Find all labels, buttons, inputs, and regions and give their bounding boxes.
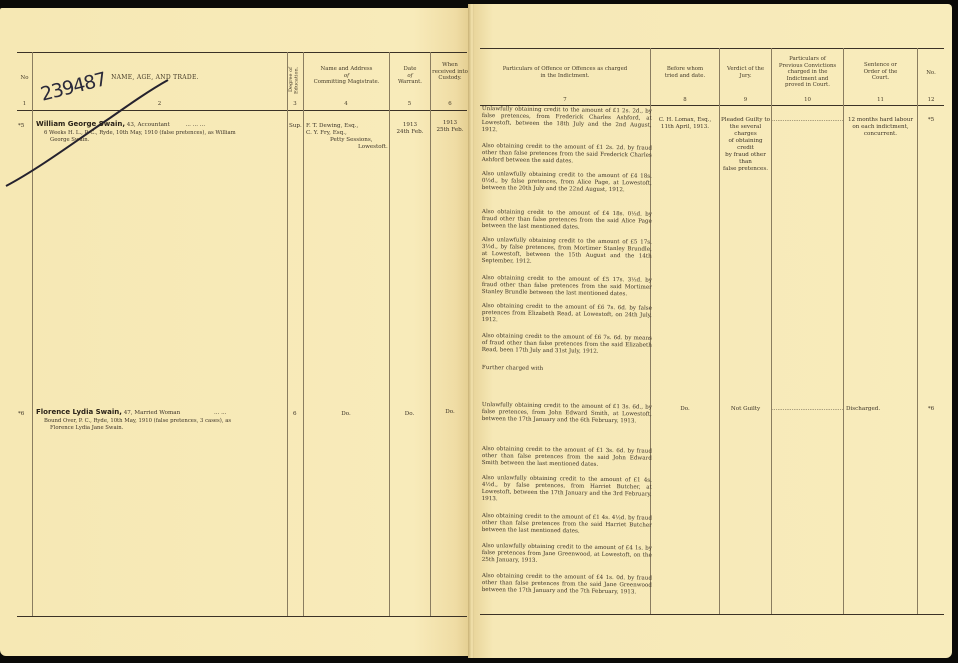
header-line: Committing Magistrate. <box>304 79 389 86</box>
offence-item: Also unlawfully obtaining credit to the … <box>482 237 652 268</box>
magistrate: Do. <box>303 411 389 418</box>
offence-item: Also unlawfully obtaining credit to the … <box>482 171 652 195</box>
bottom-rule <box>480 614 944 615</box>
custody-date: Do. <box>430 409 470 416</box>
offence-item: Also unlawfully obtaining credit to the … <box>482 543 652 567</box>
previous-record: Bound Over, P. C., Ryde, 10th May, 1910 … <box>44 418 231 425</box>
trial-date: 11th April, 1913. <box>651 124 719 131</box>
sentence: 12 months hard labour on each indictment… <box>844 117 917 138</box>
header-line: Indictment and <box>772 76 843 83</box>
header-line: Sentence or <box>844 62 917 69</box>
sentence-line: concurrent. <box>844 131 917 138</box>
header-bottom-rule <box>480 105 944 106</box>
header-committing-magistrate: Name and Address of Committing Magistrat… <box>304 66 389 86</box>
header-line: of <box>390 73 430 80</box>
prisoner-name: William George Swain, <box>36 120 125 128</box>
verdict: Not Guilty <box>720 406 771 413</box>
header-line: Particulars of <box>772 56 843 63</box>
header-date-warrant: Date of Warrant. <box>390 66 430 86</box>
offence-item: Also obtaining credit to the amount of £… <box>482 446 652 470</box>
header-line: Verdict of the <box>720 66 771 73</box>
header-line: Before whom <box>651 66 719 73</box>
magistrate-line: Petty Sessions, <box>306 137 388 144</box>
offence-item: Also obtaining credit to the amount of £… <box>482 209 652 233</box>
col-number: 12 <box>918 97 944 103</box>
right-page: Particulars of Offence or Offences as ch… <box>474 4 952 658</box>
warrant-date: 1913 24th Feb. <box>390 122 430 136</box>
leader-dots: ... ... <box>214 410 226 416</box>
header-line: Court. <box>844 75 917 82</box>
age-trade: 47, Married Woman <box>124 410 181 416</box>
col-divider <box>430 52 431 616</box>
age-trade: 43, Accountant <box>127 122 170 128</box>
verdict-line: the several charges <box>720 124 771 138</box>
custody-year: 1913 <box>431 120 469 127</box>
offence-item: Unlawfully obtaining credit to the amoun… <box>482 402 652 426</box>
header-line: received into <box>431 69 469 76</box>
header-line: Jury. <box>720 73 771 80</box>
header-line: Warrant. <box>390 79 430 86</box>
offence-item: Also obtaining credit to the amount of £… <box>482 513 652 537</box>
header-line: When <box>431 62 469 69</box>
col-divider <box>917 48 918 614</box>
header-line: Previous Convictions <box>772 63 843 70</box>
offence-item: Also obtaining credit to the amount of £… <box>482 573 652 597</box>
col-number: 8 <box>651 97 719 103</box>
header-line: Order of the <box>844 69 917 76</box>
entry-name-line: William George Swain, 43, Accountant ...… <box>36 121 205 129</box>
magistrate: F. T. Dewing, Esq., C. Y. Fry, Esq., Pet… <box>306 123 388 151</box>
header-degree-education: Degree of Education. <box>289 60 301 100</box>
entry-number: *5 <box>918 117 944 124</box>
bottom-rule <box>17 616 467 617</box>
col-number: 9 <box>720 97 771 103</box>
previous-record-continued: Florence Lydia Jane Swain. <box>50 425 123 432</box>
warrant-year: 1913 <box>390 122 430 129</box>
header-before-whom: Before whom tried and date. <box>651 66 719 79</box>
header-line: charged in the <box>772 69 843 76</box>
sentence-line: 12 months hard labour <box>844 117 917 124</box>
col-number: 7 <box>480 97 650 103</box>
judge-name: C. H. Lomax, Esq., <box>651 117 719 124</box>
entry-name-line: Florence Lydia Swain, 47, Married Woman … <box>36 409 226 417</box>
previous-convictions: ........................................… <box>772 117 843 124</box>
left-page: No NAME, AGE, AND TRADE. Degree of Educa… <box>0 8 470 656</box>
offence-item: Also unlawfully obtaining credit to the … <box>482 475 652 506</box>
header-line: Custody. <box>431 75 469 82</box>
offence-item: Unlawfully obtaining credit to the amoun… <box>482 106 652 137</box>
header-line: Particulars of Offence or Offences as ch… <box>480 66 650 73</box>
warrant-day: 24th Feb. <box>390 129 430 136</box>
verdict-line: of obtaining credit <box>720 138 771 152</box>
header-line: Name and Address <box>304 66 389 73</box>
custody-date: 1913 25th Feb. <box>431 120 469 134</box>
leader-dots: ... ... ... <box>186 122 206 128</box>
col-divider <box>771 48 772 614</box>
verdict: Pleaded Guilty to the several charges of… <box>720 117 771 173</box>
sentence-line: on each indictment, <box>844 124 917 131</box>
education-degree: Sup. <box>289 123 302 130</box>
education-degree: 6 <box>293 411 297 418</box>
verdict-line: false pretences. <box>720 166 771 173</box>
header-top-rule <box>17 52 467 53</box>
header-when-received: When received into Custody. <box>431 62 469 82</box>
further-charged-label: Further charged with <box>482 365 652 375</box>
header-line: proved in Court. <box>772 82 843 89</box>
offence-item: Also obtaining credit to the amount of £… <box>482 303 652 327</box>
offence-item: Also obtaining credit to the amount of £… <box>482 333 652 357</box>
col-divider <box>389 52 390 616</box>
magistrate-line: Lowestoft. <box>306 144 388 151</box>
entry-number: *6 <box>18 411 24 418</box>
entry-number: *5 <box>18 123 24 130</box>
col-number: 5 <box>389 101 430 107</box>
col-number: 10 <box>772 97 843 103</box>
offence-item: Also obtaining credit to the amount of £… <box>482 275 652 299</box>
before-whom: Do. <box>651 406 719 413</box>
header-previous-convictions: Particulars of Previous Convictions char… <box>772 56 843 89</box>
header-line: of <box>304 73 389 80</box>
header-line: in the Indictment. <box>480 73 650 80</box>
previous-record: 6 Weeks H. L., P. C., Ryde, 10th May, 19… <box>44 130 236 137</box>
header-no: No. <box>918 70 944 77</box>
magistrate-line: C. Y. Fry, Esq., <box>306 130 388 137</box>
entry-number: *6 <box>918 406 944 413</box>
col-number: 11 <box>844 97 917 103</box>
col-divider <box>303 52 304 616</box>
previous-convictions: ........................................… <box>772 406 843 413</box>
col-number: 4 <box>303 101 389 107</box>
header-verdict: Verdict of the Jury. <box>720 66 771 79</box>
verdict-line: Pleaded Guilty to <box>720 117 771 124</box>
custody-day: 25th Feb. <box>431 127 469 134</box>
header-line: tried and date. <box>651 73 719 80</box>
header-sentence: Sentence or Order of the Court. <box>844 62 917 82</box>
col-number: 6 <box>430 101 470 107</box>
offence-item: Also obtaining credit to the amount of £… <box>482 143 652 167</box>
col-number: 3 <box>287 101 303 107</box>
prisoner-name: Florence Lydia Swain, <box>36 408 122 416</box>
header-line: Date <box>390 66 430 73</box>
before-whom: C. H. Lomax, Esq., 11th April, 1913. <box>651 117 719 131</box>
sentence: Discharged. <box>844 406 919 413</box>
verdict-line: by fraud other than <box>720 152 771 166</box>
col-divider <box>287 52 288 616</box>
previous-record-continued: George Swain. <box>50 137 89 144</box>
header-particulars: Particulars of Offence or Offences as ch… <box>480 66 650 79</box>
header-top-rule <box>480 48 944 49</box>
warrant-date: Do. <box>389 411 430 418</box>
magistrate-line: F. T. Dewing, Esq., <box>306 123 388 130</box>
